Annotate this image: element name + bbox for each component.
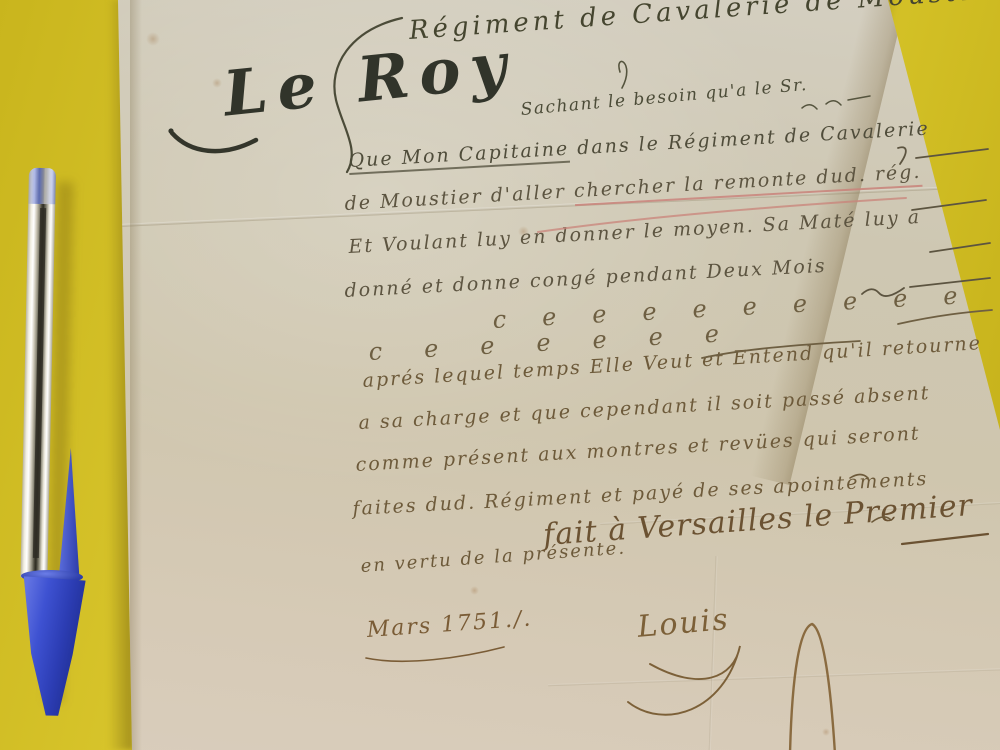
foxing-spot [212, 78, 222, 88]
fold-crease [548, 668, 1000, 686]
fold-crease [600, 501, 1000, 525]
fold-crease [709, 556, 718, 750]
manuscript-paper [0, 0, 1000, 750]
pen-cap [20, 576, 85, 717]
photo-of-manuscript: Régiment de Cavalerie de Moustier Le Roy… [0, 0, 1000, 750]
foxing-spot [518, 226, 529, 237]
foxing-spot [822, 728, 830, 736]
paper-edge-shading [751, 0, 911, 485]
foxing-spot [470, 586, 479, 595]
fold-crease [110, 184, 1000, 228]
paper-edge-shading [130, 0, 142, 750]
pen-ink-refill [33, 208, 46, 558]
foxing-spot [146, 32, 160, 46]
pen-end-plug [28, 168, 56, 205]
